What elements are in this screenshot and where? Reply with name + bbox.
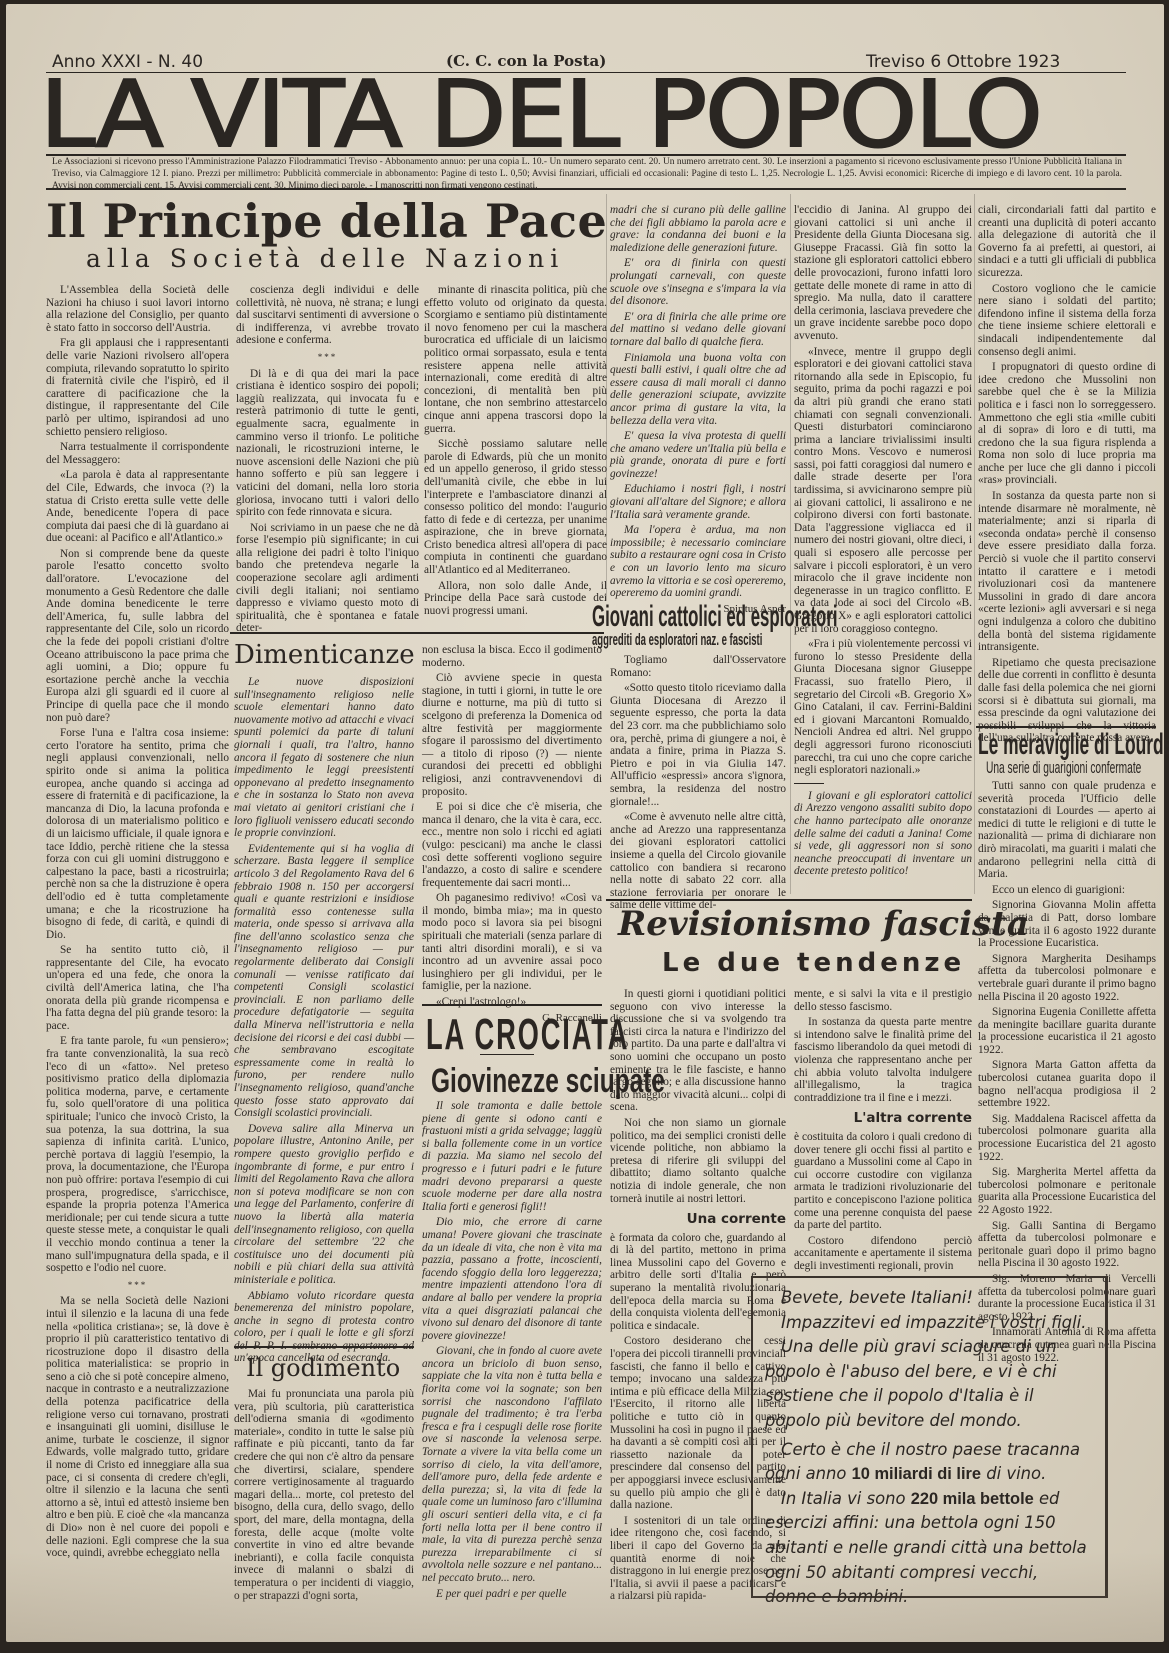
paragraph: l'eccidio di Janina. Al gruppo dei giova…: [794, 204, 972, 343]
paragraph: Togliamo dall'Osservatore Romano:: [610, 654, 786, 679]
paragraph: Doveva salire alla Minerva un popolare i…: [234, 1123, 414, 1287]
crociata-column-2: madri che si curano più delle galline ch…: [610, 204, 786, 615]
paragraph: E' quesa la viva protesta di quelli che …: [610, 430, 786, 480]
paragraph: E per quei padri e per quelle: [422, 1588, 602, 1601]
paragraph: «La parola è data al rappresentante del …: [46, 469, 229, 545]
notice-line: di vino.: [986, 1464, 1046, 1483]
lead-column-1: L'Assemblea della Società delle Nazioni …: [46, 284, 229, 1563]
paragraph: Ma se nella Società delle Nazioni intuì …: [46, 1295, 229, 1559]
revisionismo-column-2: mente, e si salvi la vita e il prestigio…: [794, 988, 972, 1275]
dimenticanze-body: Le nuove disposizioni sull'insegnamento …: [234, 676, 414, 1368]
godimento-column-1: Mai fu pronunciata una parola più vera, …: [234, 1388, 414, 1605]
paragraph: Di là e di qua dei mari la pace cristian…: [236, 368, 419, 519]
list-item: Sig. Margherita Mertel affetta da tuberc…: [978, 1166, 1156, 1216]
paragraph: mente, e si salvi la vita e il prestigio…: [794, 988, 972, 1013]
paragraph: madri che si curano più delle galline ch…: [610, 204, 786, 254]
revisionismo-subheadline: Le due tendenze: [662, 948, 965, 978]
paragraph: Le nuove disposizioni sull'insegnamento …: [234, 676, 414, 840]
dimenticanze-headline: Dimenticanze: [234, 640, 415, 670]
revisionismo-column-3: ciali, circondariali fatti dal partito e…: [978, 204, 1156, 748]
column-gutter: [606, 194, 607, 600]
paragraph: Noi che non siamo un giornale politico, …: [610, 1117, 786, 1205]
section-rule: [234, 1346, 414, 1348]
short-rule: [794, 783, 824, 784]
list-item: Signora Margherita Desihamps affetta da …: [978, 953, 1156, 1003]
paragraph: Fra gli applausi che i rappresentanti de…: [46, 337, 229, 438]
notice-line: In Italia vi sono: [781, 1489, 906, 1508]
list-item: Sig. Galli Santina di Bergamo affetta da…: [978, 1220, 1156, 1270]
paragraph: Narra testualmente il corrispondente del…: [46, 441, 229, 466]
paragraph: «Fra i più violentemente percossi vi fur…: [794, 638, 972, 777]
notice-line: Bevete, bevete Italiani!: [765, 1286, 1093, 1311]
list-item: Sig. Maddalena Raciscel affetta da tuber…: [978, 1113, 1156, 1163]
paragraph: Giovani, che in fondo al cuore avete anc…: [422, 1345, 602, 1584]
paragraph: Ma l'opera è ardua, ma non impossibile; …: [610, 524, 786, 600]
section-rule: [230, 632, 604, 634]
paragraph: Oh paganesimo redivivo! «Così va il mond…: [422, 892, 602, 993]
temperance-notice-box: Bevete, bevete Italiani! Impazzitevi ed …: [751, 1276, 1108, 1598]
column-gutter: [974, 194, 975, 894]
paragraph: Ecco un elenco di guarigioni:: [978, 884, 1156, 897]
paragraph: Se ha sentito tutto ciò, il rappresentan…: [46, 944, 229, 1032]
paragraph: L'Assemblea della Società delle Nazioni …: [46, 284, 229, 334]
newspaper-page: Anno XXXI - N. 40 (C. C. con la Posta) T…: [6, 4, 1164, 1642]
newspaper-title: LA VITA DEL POPOLO: [40, 74, 1169, 156]
giovani-subheadline: aggrediti da esploratori naz. e fascisti: [592, 630, 762, 650]
lourdes-subheadline: Una serie di guarigioni confermate: [986, 758, 1141, 778]
paragraph: E' ora di finirla che alle prime ore del…: [610, 311, 786, 349]
paragraph: E fra tante parole, fu «un pensiero»; fr…: [46, 1035, 229, 1274]
paragraph: minante di rinascita politica, più che e…: [424, 284, 607, 435]
paragraph: In sostanza da questa parte mentre si in…: [794, 1016, 972, 1104]
paragraph: Evidentemente qui si ha voglia di scherz…: [234, 843, 414, 1120]
paragraph: ciali, circondariali fatti dal partito e…: [978, 204, 1156, 280]
paragraph: Il sole tramonta e dalle bettole piene d…: [422, 1100, 602, 1213]
paragraph: Educhiamo i nostri figli, i nostri giova…: [610, 483, 786, 521]
paragraph: Sicchè possiamo salutare nelle parole di…: [424, 438, 607, 577]
paragraph: Forse l'una e l'altra cosa insieme: cert…: [46, 727, 229, 941]
paragraph: In questi giorni i quotidiani politici s…: [610, 988, 786, 1114]
notice-line: Una delle più gravi sciagure di un popol…: [765, 1335, 1093, 1433]
godimento-column-2: non esclusa la bisca. Ecco il godimento …: [422, 644, 602, 1024]
giovani-column-2: l'eccidio di Janina. Al gruppo dei giova…: [794, 204, 972, 881]
section-separator: ***: [46, 1279, 229, 1292]
lead-subheadline: alla Società delle Nazioni: [86, 244, 564, 273]
notice-highlight: 10 miliardi di lire: [852, 1465, 981, 1483]
paragraph: I propugnatori di questo ordine di idee …: [978, 361, 1156, 487]
giovani-column-1: Togliamo dall'Osservatore Romano: «Sotto…: [610, 654, 786, 915]
paragraph: Mai fu pronunciata una parola più vera, …: [234, 1388, 414, 1602]
paragraph: Ciò avviene specie in questa stagione, i…: [422, 672, 602, 798]
paragraph: Dio mio, che errore di carne umana! Pove…: [422, 1216, 602, 1342]
revisionismo-headline: Revisionismo fascista: [618, 904, 1029, 944]
crociata-column-1: Il sole tramonta e dalle bettole piene d…: [422, 1100, 602, 1603]
list-item: Signorina Giovanna Molin affetta da mala…: [978, 899, 1156, 949]
paragraph: Costoro difendono perciò accanitamente e…: [794, 1235, 972, 1273]
section-rule: [422, 1004, 602, 1006]
paragraph: Costoro vogliono che le camicie nere sia…: [978, 283, 1156, 359]
paragraph: Finiamola una buona volta con questi bal…: [610, 352, 786, 428]
lead-headline: Il Principe della Pace: [46, 194, 607, 248]
paragraph: In sostanza da questa parte non si inten…: [978, 490, 1156, 654]
editor-note: I giovani e gli esploratori cattolici di…: [794, 790, 972, 878]
lead-column-2: coscienza degli individui e delle collet…: [236, 284, 419, 638]
masthead-rule-bottom: [46, 188, 1126, 190]
paragraph: «Invece, mentre il gruppo degli esplorat…: [794, 346, 972, 636]
paragraph: Tutti sanno con quale prudenza e severit…: [978, 780, 1156, 881]
lourdes-headline: Le meraviglie di Lourdes: [978, 728, 1169, 762]
column-gutter: [790, 194, 791, 894]
paragraph: «Crepi l'astrologo!»: [422, 996, 602, 1009]
crociata-kicker: LA CROCIATA: [426, 1010, 629, 1060]
paragraph: «Sotto questo titolo riceviamo dalla Giu…: [610, 682, 786, 808]
subheading-una-corrente: Una corrente: [610, 1213, 786, 1226]
paragraph: Allora, non solo dalle Ande, il Principe…: [424, 580, 607, 618]
paragraph: Noi scriviamo in un paese che ne dà fors…: [236, 522, 419, 635]
short-rule: [480, 1054, 534, 1055]
notice-line: Impazzitevi ed impazzite i vostri figli.: [765, 1311, 1093, 1336]
list-item: Signorina Eugenia Conillette affetta da …: [978, 1006, 1156, 1056]
subheading-altra-corrente: L'altra corrente: [794, 1112, 972, 1125]
section-rule: [606, 899, 972, 901]
section-separator: ***: [236, 351, 419, 364]
paragraph: E poi si dice che c'è miseria, che manca…: [422, 801, 602, 889]
paragraph: E' ora di finirla con questi prolungati …: [610, 257, 786, 307]
paragraph: coscienza degli individui e delle collet…: [236, 284, 419, 347]
paragraph: Non si comprende bene da queste parole l…: [46, 548, 229, 724]
godimento-headline: Il godimento: [246, 1354, 400, 1382]
list-item: Signora Marta Gatton affetta da tubercol…: [978, 1059, 1156, 1109]
lead-column-3: minante di rinascita politica, più che e…: [424, 284, 607, 620]
paragraph: «Come è avvenuto nelle altre città, anch…: [610, 811, 786, 912]
notice-highlight: 220 mila bettole: [911, 1490, 1034, 1508]
paragraph: è costituita da coloro i quali credono d…: [794, 1131, 972, 1232]
paragraph: non esclusa la bisca. Ecco il godimento …: [422, 644, 602, 669]
